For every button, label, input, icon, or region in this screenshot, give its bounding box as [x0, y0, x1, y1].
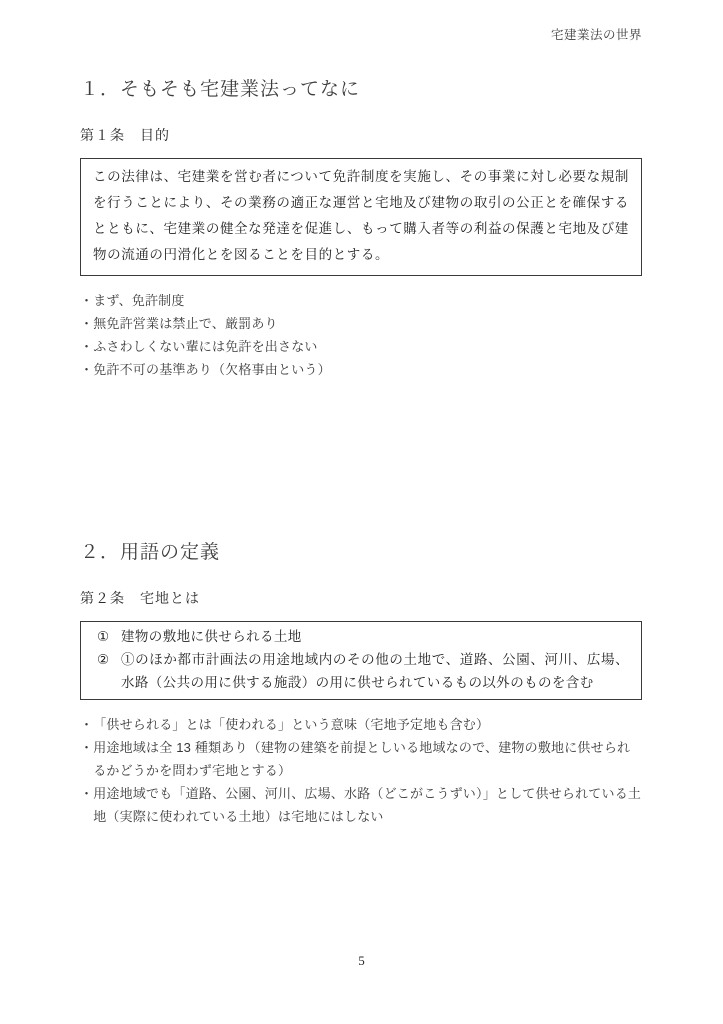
bullet-icon: ・ [80, 713, 93, 736]
bullet-text: 用途地域でも「道路、公園、河川、広場、水路（どこがこうずい）」として供せられてい… [93, 782, 642, 828]
section2-article-title: 第２条 宅地とは [80, 591, 642, 609]
section2-definition-box: ① 建物の敷地に供せられる土地 ② ①のほか都市計画法の用途地域内のその他の土地… [80, 621, 642, 700]
running-header: 宅建業法の世界 [80, 28, 642, 43]
list-item: ・ まず、免許制度 [80, 289, 642, 312]
list-item: ・ 用途地域でも「道路、公園、河川、広場、水路（どこがこうずい）」として供せられ… [80, 782, 642, 828]
circled-number-icon: ① [93, 625, 121, 648]
page-content: 宅建業法の世界 １．そもそも宅建業法ってなに 第１条 目的 この法律は、宅建業を… [80, 0, 642, 828]
list-item: ・ 用途地域は全 13 種類あり（建物の建築を前提としいる地域なので、建物の敷地… [80, 736, 642, 782]
bullet-text: 免許不可の基準あり（欠格事由という） [93, 358, 642, 381]
bullet-icon: ・ [80, 736, 93, 782]
page-footer: 5 [0, 953, 723, 969]
definition-text: 建物の敷地に供せられる土地 [121, 625, 629, 648]
section1-law-text: この法律は、宅建業を営む者について免許制度を実施し、その事業に対し必要な規制を行… [93, 164, 629, 268]
section1-article-title: 第１条 目的 [80, 128, 642, 146]
bullet-icon: ・ [80, 335, 93, 358]
bullet-text: まず、免許制度 [93, 289, 642, 312]
bullet-text: ふさわしくない輩には免許を出さない [93, 335, 642, 358]
bullet-icon: ・ [80, 289, 93, 312]
section1-bullet-list: ・ まず、免許制度 ・ 無免許営業は禁止で、厳罰あり ・ ふさわしくない輩には免… [80, 289, 642, 381]
list-item: ・ 「供せられる」とは「使われる」という意味（宅地予定地も含む） [80, 713, 642, 736]
list-item: ・ ふさわしくない輩には免許を出さない [80, 335, 642, 358]
bullet-text: 「供せられる」とは「使われる」という意味（宅地予定地も含む） [93, 713, 642, 736]
section1-law-box: この法律は、宅建業を営む者について免許制度を実施し、その事業に対し必要な規制を行… [80, 158, 642, 276]
list-item: ・ 免許不可の基準あり（欠格事由という） [80, 358, 642, 381]
definition-item: ② ①のほか都市計画法の用途地域内のその他の土地で、道路、公園、河川、広場、水路… [93, 648, 629, 694]
bullet-text: 無免許営業は禁止で、厳罰あり [93, 312, 642, 335]
bullet-icon: ・ [80, 358, 93, 381]
definition-item: ① 建物の敷地に供せられる土地 [93, 625, 629, 648]
section2-heading: ２．用語の定義 [80, 541, 642, 565]
definition-text: ①のほか都市計画法の用途地域内のその他の土地で、道路、公園、河川、広場、水路（公… [121, 648, 629, 694]
bullet-text: 用途地域は全 13 種類あり（建物の建築を前提としいる地域なので、建物の敷地に供… [93, 736, 642, 782]
page-number: 5 [358, 953, 365, 968]
list-item: ・ 無免許営業は禁止で、厳罰あり [80, 312, 642, 335]
circled-number-icon: ② [93, 648, 121, 694]
section1-heading: １．そもそも宅建業法ってなに [80, 78, 642, 102]
bullet-icon: ・ [80, 782, 93, 828]
section2-bullet-list: ・ 「供せられる」とは「使われる」という意味（宅地予定地も含む） ・ 用途地域は… [80, 713, 642, 828]
bullet-icon: ・ [80, 312, 93, 335]
running-header-title: 宅建業法の世界 [551, 28, 642, 42]
document-page: 宅建業法の世界 １．そもそも宅建業法ってなに 第１条 目的 この法律は、宅建業を… [0, 0, 723, 1024]
